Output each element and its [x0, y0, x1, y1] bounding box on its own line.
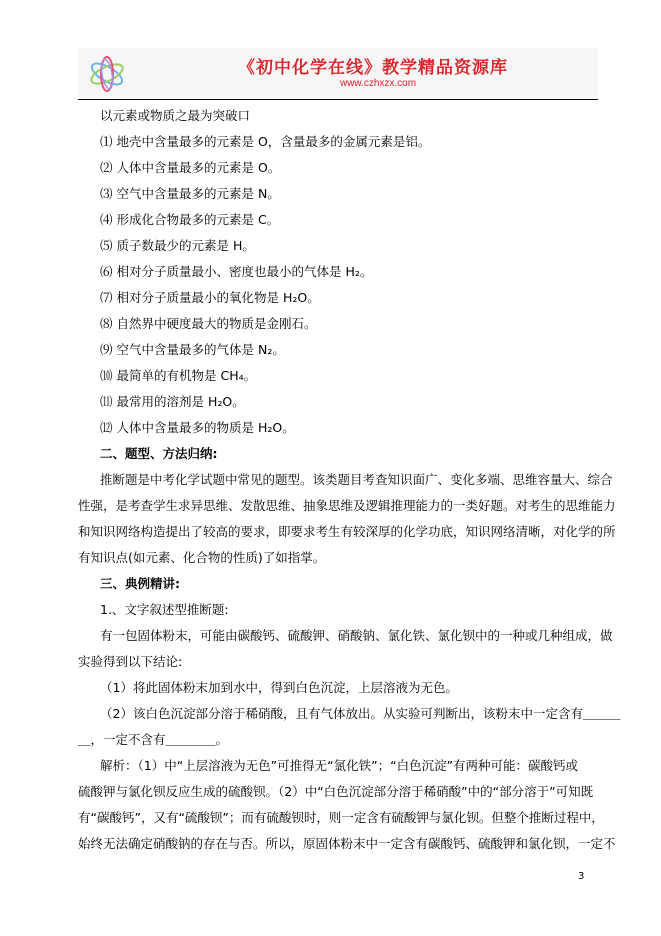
section2-paragraph-line: 和知识网络构造提出了较高的要求，即要求考生有较深厚的化学功底，知识网络清晰，对化…: [78, 524, 616, 540]
fact-item-7: ⑺ 相对分子质量最小的氧化物是 H₂O。: [100, 290, 320, 306]
fact-item-9: ⑼ 空气中含量最多的气体是 N₂。: [100, 342, 285, 358]
analysis-line: 始终无法确定硝酸钠的存在与否。所以，原固体粉末中一定含有碳酸钙、硫酸钾和氯化钡，…: [78, 836, 616, 852]
section3-subheading: 1.、文字叙述型推断题:: [100, 602, 229, 618]
condition-2: （2）该白色沉淀部分溶于稀硝酸，且有气体放出。从实验可判断出，该粉末中一定含有＿…: [100, 706, 620, 722]
answer-blanks: ＿，一定不含有＿＿＿＿。: [78, 732, 228, 748]
header-divider: [78, 99, 598, 100]
section2-paragraph-line: 有知识点(如元素、化合物的性质)了如指掌。: [78, 550, 325, 566]
section2-paragraph-line: 推断题是中考化学试题中常见的题型。该类题目考查知识面广、变化多端、思维容量大、综…: [100, 472, 613, 488]
section2-paragraph-line: 性强，是考查学生求异思维、发散思维、抽象思维及逻辑推理能力的一类好题。对考生的思…: [78, 498, 616, 514]
fact-item-3: ⑶ 空气中含量最多的元素是 N。: [100, 186, 280, 202]
fact-item-1: ⑴ 地壳中含量最多的元素是 O，含量最多的金属元素是铝。: [100, 134, 430, 150]
page-number: 3: [578, 871, 584, 882]
analysis-line: 有“碳酸钙”，又有“硫酸钡”；而有硫酸钡时，则一定含有硫酸钾与氯化钡。但整个推断…: [78, 810, 604, 826]
banner-url: www.czhxzx.com: [78, 78, 598, 89]
fact-item-6: ⑹ 相对分子质量最小、密度也最小的气体是 H₂。: [100, 264, 372, 280]
header-banner: 《初中化学在线》教学精品资源库 www.czhxzx.com: [78, 48, 598, 98]
section3-heading: 三、典例精讲:: [100, 576, 180, 592]
banner-title: 《初中化学在线》教学精品资源库: [78, 53, 598, 78]
fact-item-11: ⑾ 最常用的溶剂是 H₂O。: [100, 394, 245, 410]
fact-item-4: ⑷ 形成化合物最多的元素是 C。: [100, 212, 279, 228]
fact-item-8: ⑻ 自然界中硬度最大的物质是金刚石。: [100, 316, 317, 332]
fact-item-2: ⑵ 人体中含量最多的元素是 O。: [100, 160, 280, 176]
analysis-line: 硫酸钾与氯化钡反应生成的硫酸钡。（2）中“白色沉淀部分溶于稀硝酸”中的“部分溶于…: [78, 784, 593, 800]
section-intro: 以元素或物质之最为突破口: [100, 108, 250, 124]
fact-item-12: ⑿ 人体中含量最多的物质是 H₂O。: [100, 420, 295, 436]
section2-heading: 二、题型、方法归纳:: [100, 446, 218, 462]
fact-item-10: ⑽ 最简单的有机物是 CH₄。: [100, 368, 256, 384]
problem-line: 实验得到以下结论:: [78, 654, 182, 670]
atom-logo-icon: [86, 54, 128, 94]
problem-line: 有一包固体粉末，可能由碳酸钙、硫酸钾、硝酸钠、氯化铁、氯化钡中的一种或几种组成，…: [100, 628, 613, 644]
analysis-line: 解析：（1）中“上层溶液为无色”可推得无“氯化铁”；“白色沉淀”有两种可能：碳酸…: [100, 758, 578, 774]
condition-1: （1）将此固体粉末加到水中，得到白色沉淀，上层溶液为无色。: [100, 680, 458, 696]
fact-item-5: ⑸ 质子数最少的元素是 H。: [100, 238, 255, 254]
